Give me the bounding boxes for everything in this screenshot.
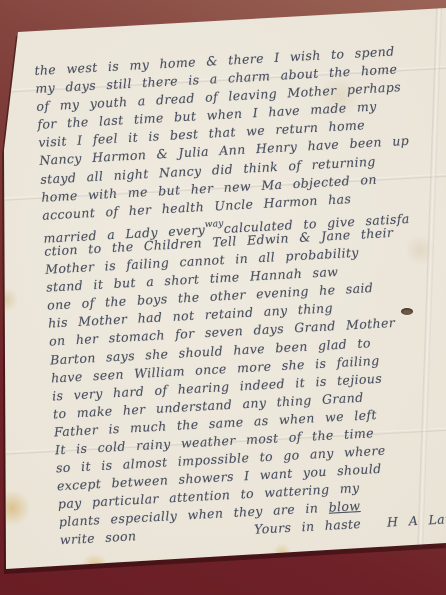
closing-request: write soon bbox=[59, 528, 136, 550]
inserted-word-above-line: way bbox=[205, 219, 224, 230]
letter-body: the west is my home & there I wish to sp… bbox=[34, 40, 446, 549]
letter-paper: the west is my home & there I wish to sp… bbox=[0, 0, 446, 595]
photo-of-letter: the west is my home & there I wish to sp… bbox=[0, 0, 446, 595]
underlined-word: blow bbox=[328, 498, 361, 515]
